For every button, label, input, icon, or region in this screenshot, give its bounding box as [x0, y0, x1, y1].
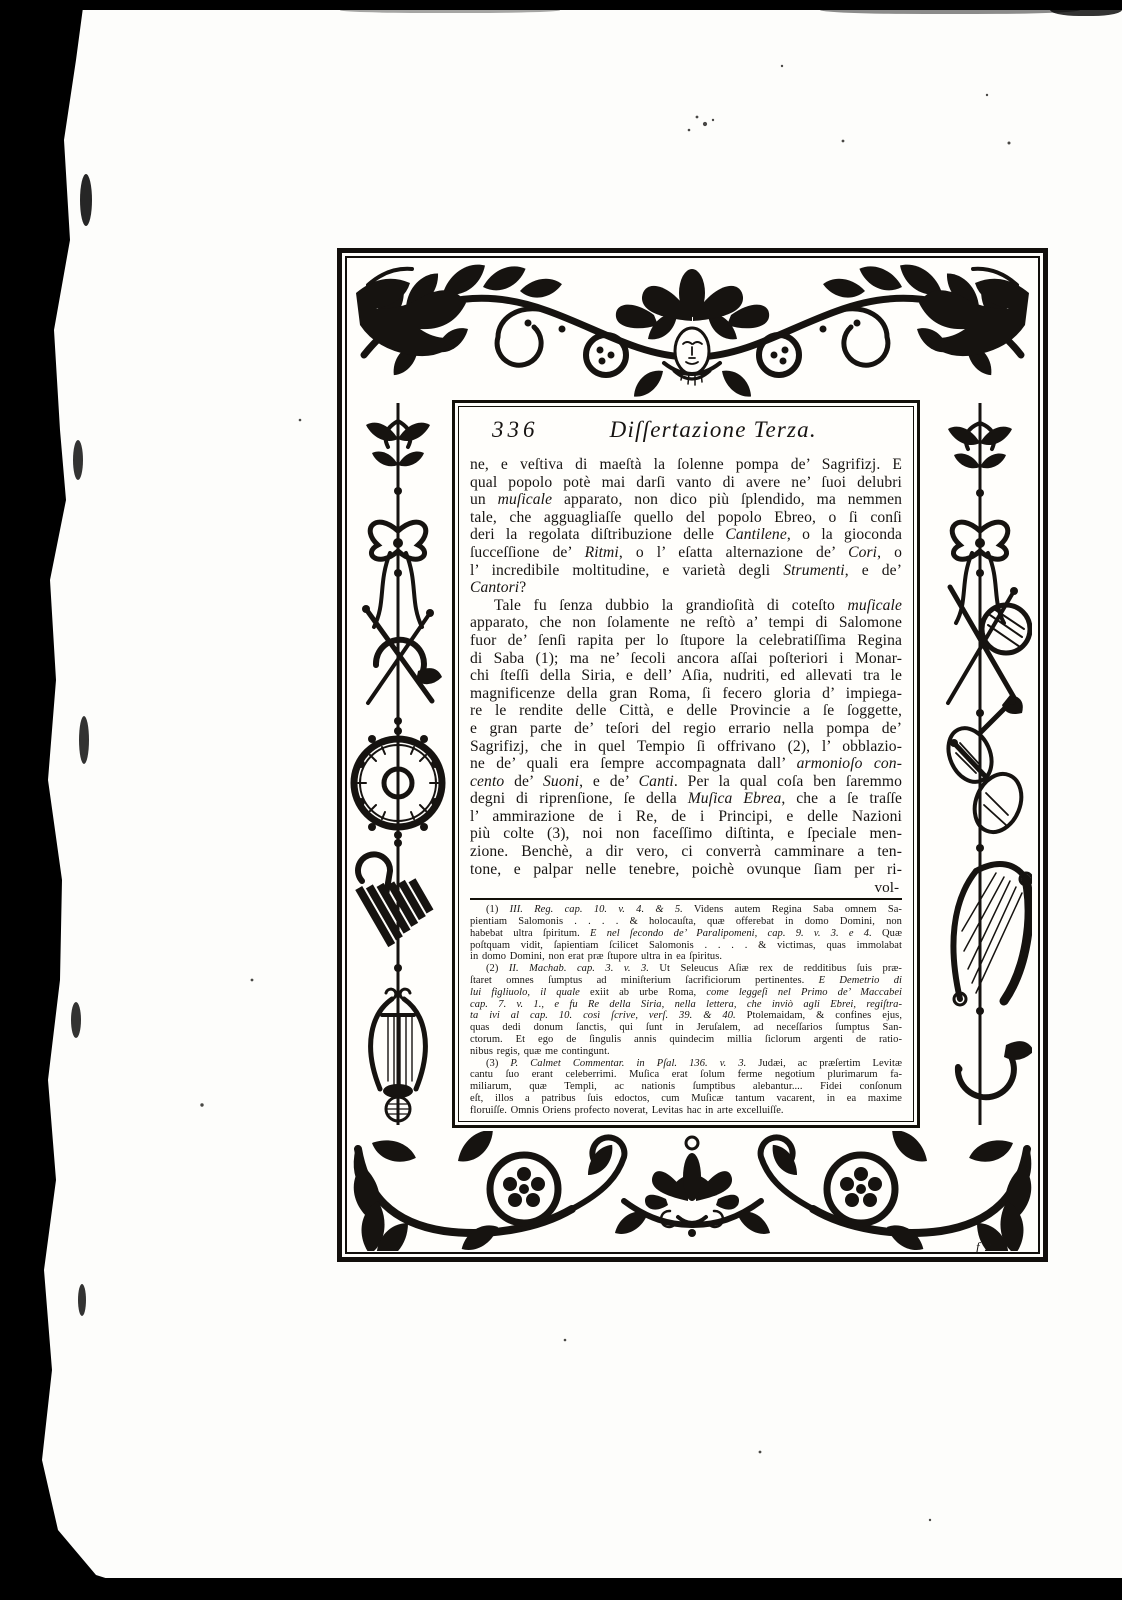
- left-border-instruments: [348, 403, 448, 1125]
- scanned-book-page: 336 Diſſertazione Terza. ne, e veſtiva d…: [0, 0, 1122, 1600]
- text-line: fuor de’ ſenſi rapita per lo ſtupore la …: [470, 632, 902, 650]
- text-line: di Saba (1); ma ne’ ſecoli ancora aſſai …: [470, 650, 902, 668]
- text-line: e gran parte de’ teſori del regio errari…: [470, 720, 902, 738]
- text-line: Cantori?: [470, 579, 902, 597]
- text-line: Sagrifizj, che in quel Tempio ſi offriva…: [470, 738, 902, 756]
- bottom-border-engraving: [348, 1131, 1037, 1251]
- text-line: lui figliuolo, il quale exiit ab urbe Ro…: [470, 987, 902, 999]
- drum-and-trumpet-icon: [948, 587, 1030, 714]
- lutes-icon: [940, 697, 1029, 839]
- scan-smudge: [340, 6, 560, 13]
- scan-smudge: [820, 4, 1080, 14]
- text-line: habebat ultra ſpiritum. E nel ſecondo de…: [470, 928, 902, 940]
- ornamental-frame: 336 Diſſertazione Terza. ne, e veſtiva d…: [337, 248, 1048, 1262]
- body-text: ne, e veſtiva di maeſtà la ſolenne pompa…: [470, 456, 902, 878]
- scan-smudge: [1050, 0, 1122, 16]
- text-line: in domo Domini, non erat præ ſtupore ult…: [470, 951, 902, 963]
- text-panel: 336 Diſſertazione Terza. ne, e veſtiva d…: [452, 400, 920, 1128]
- text-line: Tale fu ſenza dubbio la grandioſità di c…: [470, 597, 902, 615]
- right-border-instruments: [928, 403, 1032, 1125]
- text-line: eſt, illos a patribus ſuis edoctos, cum …: [470, 1093, 902, 1105]
- page-number: 336: [492, 417, 539, 443]
- mask-face-icon: [616, 269, 769, 385]
- text-line: (3) P. Calmet Commentar. in Pſal. 136. v…: [470, 1058, 902, 1070]
- text-line: cento de’ Suoni, e de’ Canti. Per la qua…: [470, 773, 902, 791]
- text-line: re le rendite delle Città, e delle Provi…: [470, 702, 902, 720]
- text-line: nibus regis, quæ me contingunt.: [470, 1046, 902, 1058]
- catchword-text: vol-: [875, 879, 899, 896]
- scan-edge-left: [0, 0, 160, 1600]
- text-line: magnificenze della gran Roma, ſi fecero …: [470, 685, 902, 703]
- text-line: ne de’ quali era ſempre accompagnata dal…: [470, 755, 902, 773]
- text-line: deri la regolata diſtribuzione delle Can…: [470, 526, 902, 544]
- text-line: poſtquam vidit, ſapientiam ſcilicet Salo…: [470, 940, 902, 952]
- text-line: tone, e palpar nelle tenebre, poichè ovu…: [470, 861, 902, 879]
- text-line: (1) III. Reg. cap. 10. v. 4. & 5. Videns…: [470, 904, 902, 916]
- text-line: miliarum, quæ Templi, ac nationis ſumpti…: [470, 1081, 902, 1093]
- text-line: degni di riprenſione, ſe della Muſica Eb…: [470, 790, 902, 808]
- footnote-separator: [470, 898, 902, 900]
- text-line: ne, e veſtiva di maeſtà la ſolenne pompa…: [470, 456, 902, 474]
- text-line: chi ſteſſi della Siria, e dell’ Aſia, nu…: [470, 667, 902, 685]
- text-line: cantu ſuo erant celeberrimi. Muſica erat…: [470, 1069, 902, 1081]
- text-line: ſucceſſione de’ Ritmi, o l’ eſatta alter…: [470, 544, 902, 562]
- text-line: l’ incredibile moltitudine, e varietà de…: [470, 562, 902, 580]
- text-panel-inner: 336 Diſſertazione Terza. ne, e veſtiva d…: [458, 406, 914, 1122]
- page-header: 336 Diſſertazione Terza.: [470, 417, 902, 447]
- text-line: apparato, che non ſolamente ne reſtò a’ …: [470, 614, 902, 632]
- text-line: quas dedi donum ſanctis, qui ſunt in Jer…: [470, 1022, 902, 1034]
- scan-edge-bottom: [0, 1578, 1122, 1600]
- text-line: ſtaret omnes ſumptus ad miniſterium ſacr…: [470, 975, 902, 987]
- text-line: zione. Benchè, a dir vero, ci converrà c…: [470, 843, 902, 861]
- signature-mark: f 2.: [976, 1239, 997, 1255]
- text-line: tale, che agguagliaſſe quello del popolo…: [470, 509, 902, 527]
- text-line: floruiſſe. Omnis Oriens profecto noverat…: [470, 1105, 902, 1117]
- text-line: più colte (3), noi non faceſſimo diſtint…: [470, 825, 902, 843]
- text-line: ta ivi al cap. 10. così ſcrive, verſ. 39…: [470, 1010, 902, 1022]
- text-line: cap. 7. v. 1., e fu Re della Siria, nell…: [470, 999, 902, 1011]
- text-line: ctorum. Et ego de ſingulis annis quindec…: [470, 1034, 902, 1046]
- harp-icon: [953, 864, 1032, 1005]
- text-line: (2) II. Machab. cap. 3. v. 3. Ut Seleucu…: [470, 963, 902, 975]
- running-title: Diſſertazione Terza.: [539, 417, 903, 443]
- hunting-horn-icon: [956, 1041, 1033, 1097]
- horn-and-sticks-icon: [362, 605, 442, 703]
- text-line: l’ ammirazione de i Re, de i Principi, e…: [470, 808, 902, 826]
- top-border-engraving: [348, 259, 1037, 399]
- footnotes: (1) III. Reg. cap. 10. v. 4. & 5. Videns…: [470, 904, 902, 1116]
- catchword: vol-: [470, 880, 902, 895]
- text-line: qual popolo potè mai darſi vanto di aver…: [470, 474, 902, 492]
- text-line: un muſicale apparato, non dico più ſplen…: [470, 491, 902, 509]
- text-line: pientiam Salomonis . . . . & holocauſta,…: [470, 916, 902, 928]
